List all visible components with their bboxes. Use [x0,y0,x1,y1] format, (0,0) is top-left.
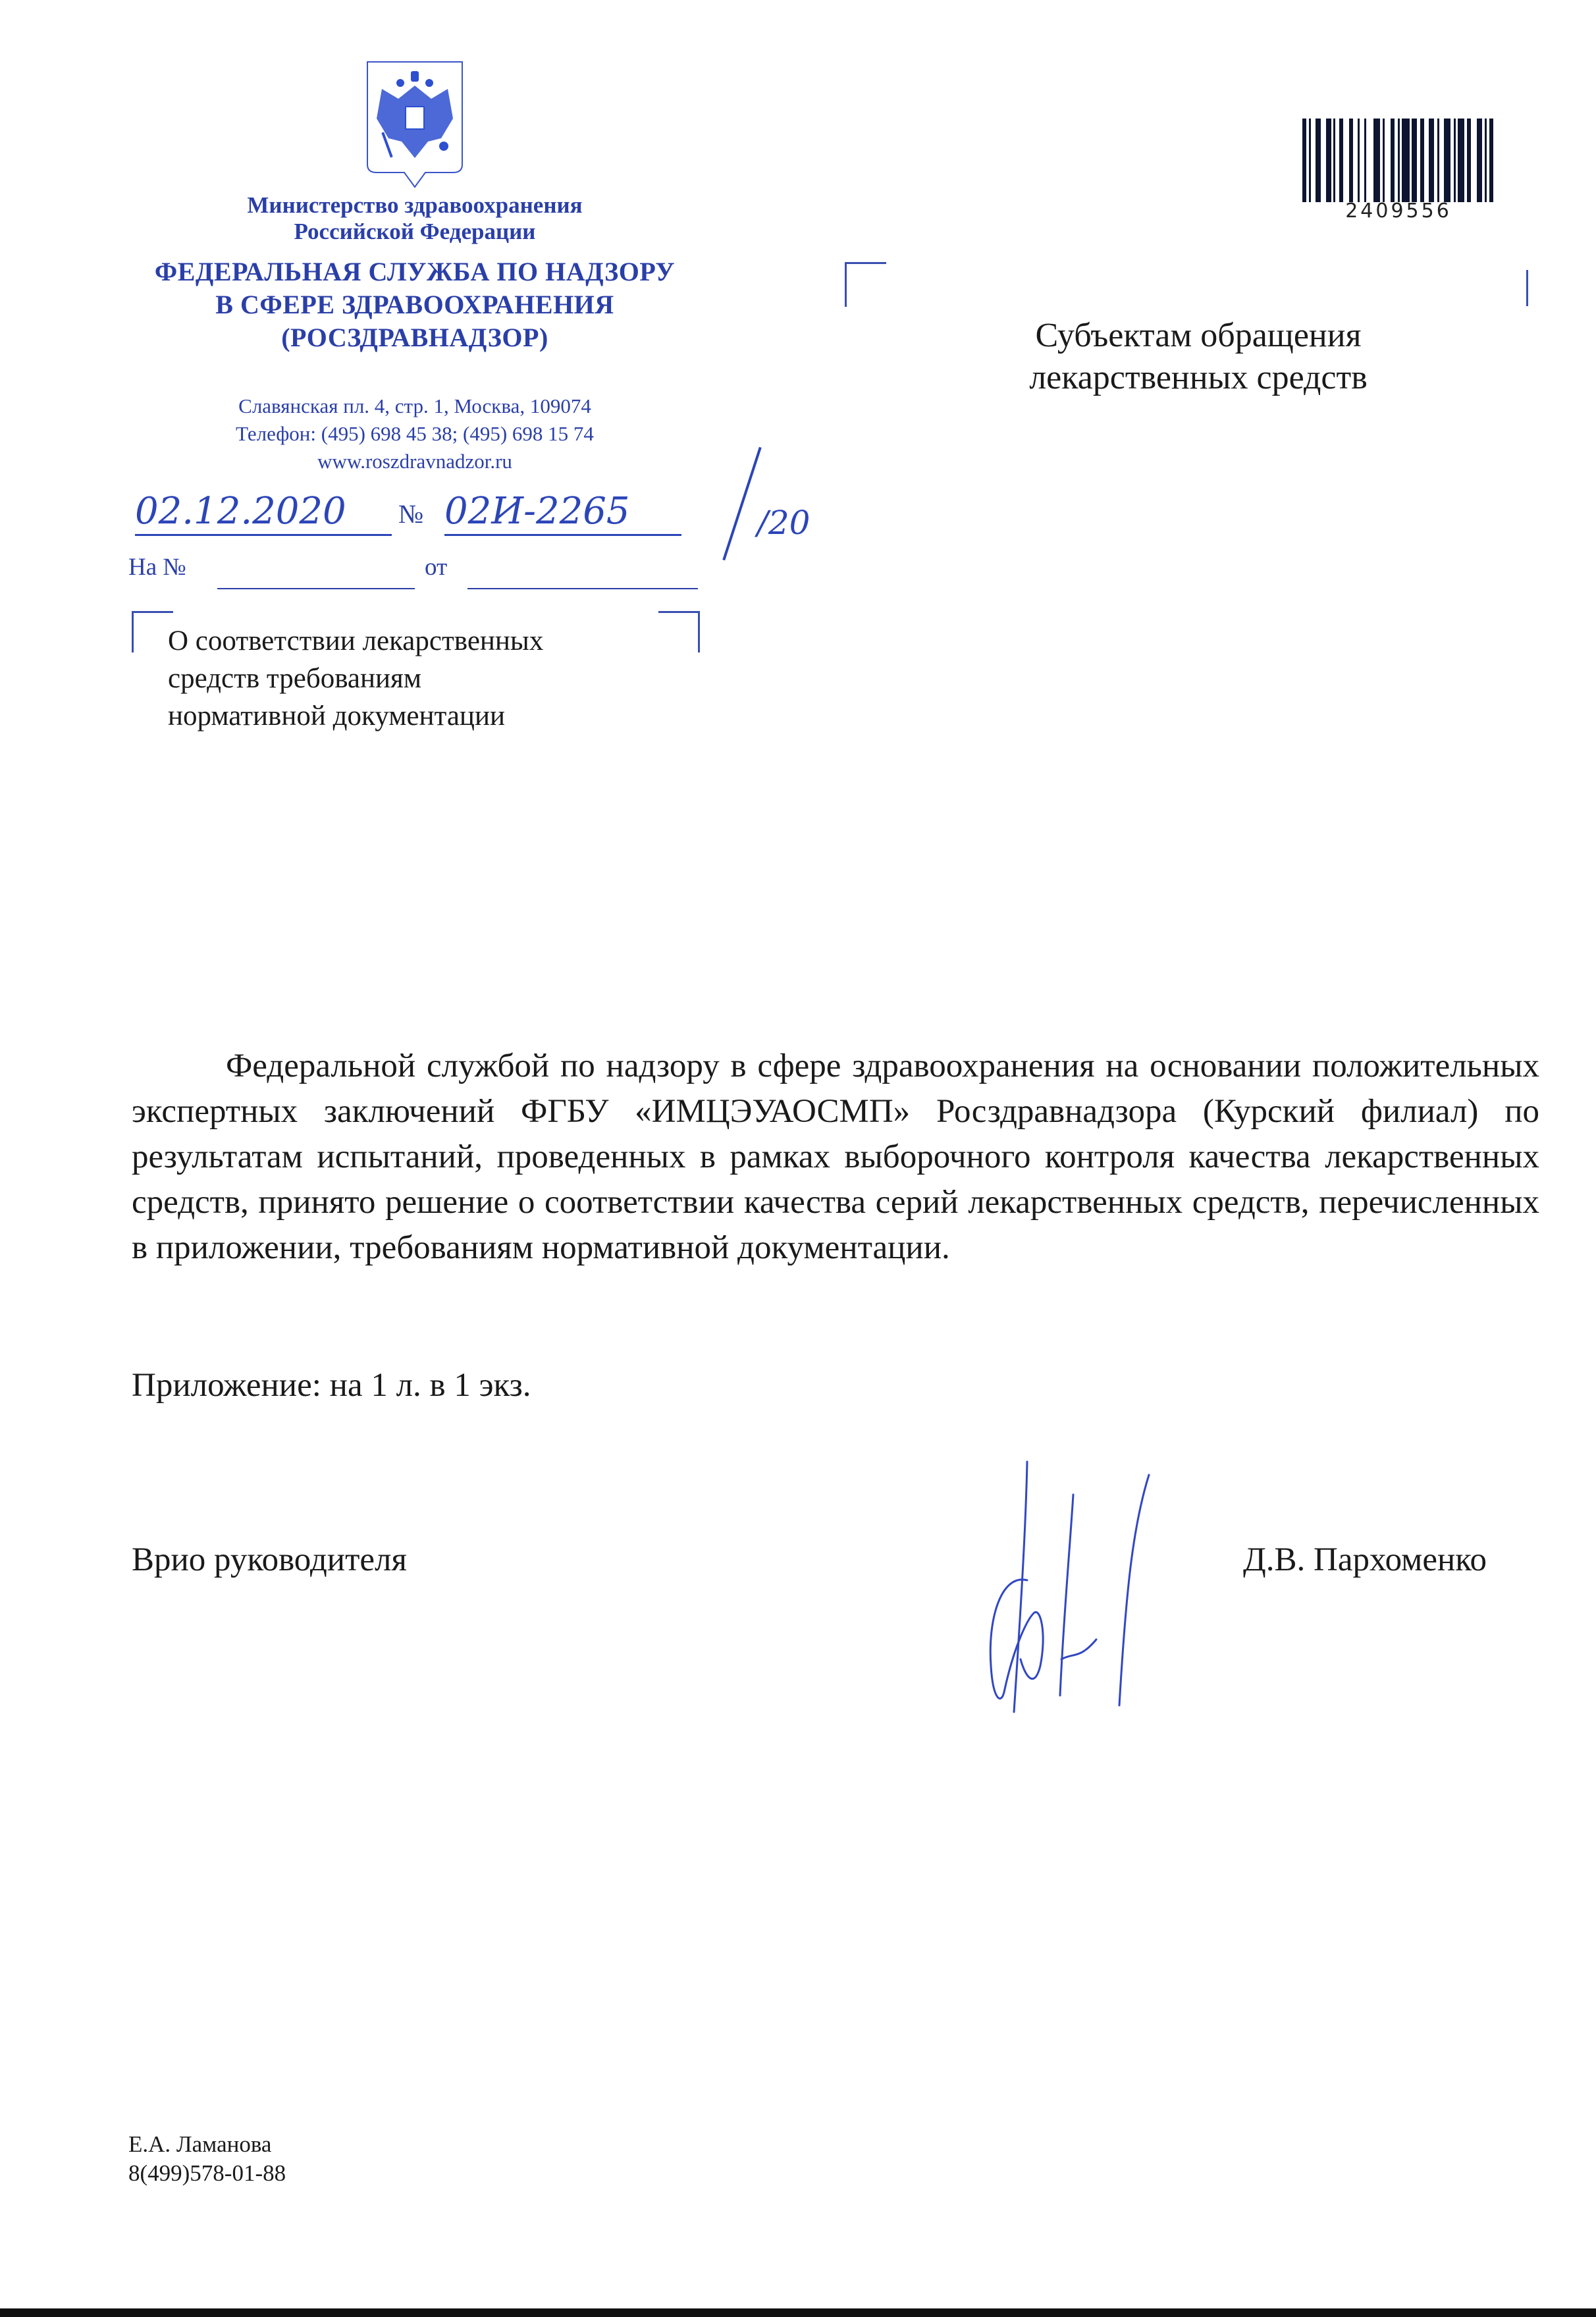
barcode-number: 2409556 [1302,200,1495,223]
executor-phone: 8(499)578-01-88 [128,2159,286,2188]
barcode [1302,119,1495,202]
addressee-line-1: Субъектам обращения [909,315,1488,357]
registration-date: 02.12.2020 [135,491,392,536]
reply-date-label: от [425,553,447,581]
ministry-line-2: Российской Федерации [119,219,711,245]
attachment-note: Приложение: на 1 л. в 1 экз. [132,1366,531,1404]
reply-date-blank [467,588,698,589]
signatory-name: Д.В. Пархоменко [1243,1541,1487,1579]
registration-number: 02И-2265 [444,491,681,536]
service-line-1: ФЕДЕРАЛЬНАЯ СЛУЖБА ПО НАДЗОРУ [119,255,711,288]
contact-info: Славянская пл. 4, стр. 1, Москва, 109074… [119,392,711,475]
registration-number-suffix: /20 [757,504,810,542]
letter-subject: О соответствии лекарственных средств тре… [168,622,543,735]
reply-to-label: На № [128,553,186,581]
signatory-role: Врио руководителя [132,1541,407,1579]
handwritten-signature [948,1449,1211,1725]
ministry-name: Министерство здравоохранения Российской … [119,192,711,245]
website: www.roszdravnadzor.ru [119,448,711,475]
service-name: ФЕДЕРАЛЬНАЯ СЛУЖБА ПО НАДЗОРУ В СФЕРЕ ЗД… [119,255,711,354]
executor-info: Е.А. Ламанова 8(499)578-01-88 [128,2130,286,2188]
letter-body: Федеральной службой по надзору в сфере з… [132,1044,1539,1271]
service-line-3: (РОСЗДРАВНАДЗОР) [119,321,711,354]
coat-of-arms-emblem [362,59,467,191]
addressee-bracket-right [1526,270,1528,306]
scan-edge [0,2308,1596,2317]
body-paragraph: Федеральной службой по надзору в сфере з… [132,1044,1539,1271]
subject-bracket-right [658,611,700,652]
reply-number-blank [217,588,415,589]
addressee-bracket-left [845,262,886,307]
subject-line-3: нормативной документации [168,697,543,735]
executor-name: Е.А. Ламанова [128,2130,286,2159]
addressee-line-2: лекарственных средств [909,357,1488,399]
addressee: Субъектам обращения лекарственных средст… [909,315,1488,399]
number-sign: № [398,498,423,529]
address: Славянская пл. 4, стр. 1, Москва, 109074 [119,392,711,420]
subject-line-1: О соответствии лекарственных [168,622,543,660]
service-line-2: В СФЕРЕ ЗДРАВООХРАНЕНИЯ [119,288,711,321]
slash-mark [722,447,761,560]
subject-bracket-left [132,611,173,652]
phone: Телефон: (495) 698 45 38; (495) 698 15 7… [119,420,711,448]
subject-line-2: средств требованиям [168,660,543,697]
ministry-line-1: Министерство здравоохранения [119,192,711,219]
registration-line: 02.12.2020 № 02И-2265 /20 [128,491,853,537]
